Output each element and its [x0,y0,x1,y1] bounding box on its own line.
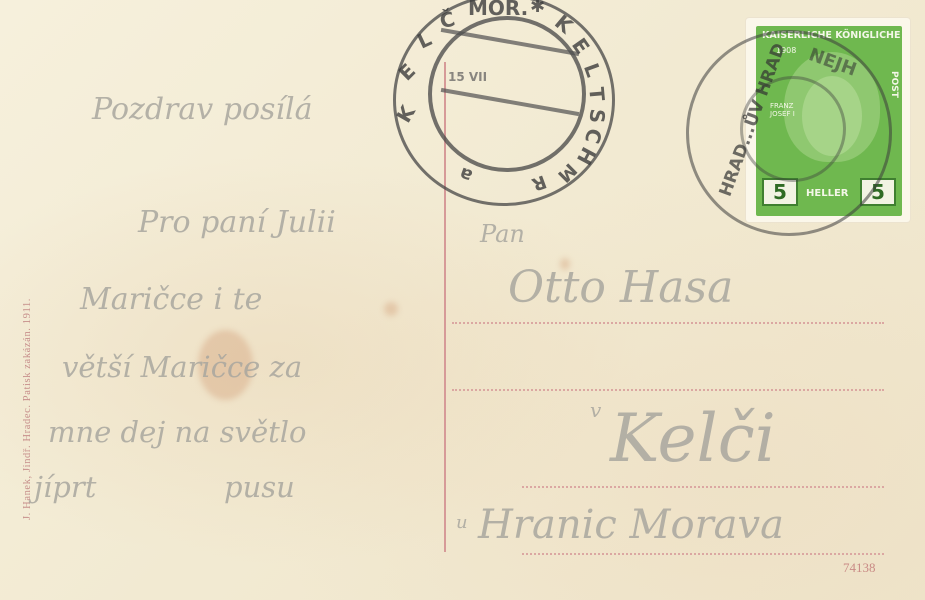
postmark-letter: S [585,108,610,124]
serial-number: 74138 [843,560,876,576]
postmark-letter: T [584,86,609,102]
postmark-date: 15 VII [448,70,487,84]
address-prefix: Pan [480,220,525,248]
message-line: pusu [224,470,295,504]
address-line-2 [452,389,884,391]
recipient-town: Kelči [610,400,776,477]
stain [384,302,398,316]
postmark-letter: MOR. [468,0,528,20]
message-line: Pro paní Julii [138,205,336,240]
address-line-1 [452,322,884,324]
message-line: mne dej na světlo [48,415,307,449]
message-line: větší Maričce za [62,350,302,384]
message-line: Maričce i te [80,282,262,317]
recipient-name: Otto Hasa [508,262,733,313]
publisher-imprint: J. Hanek, Jindř. Hradec. Patisk zakázán.… [22,298,33,520]
postcard: J. Hanek, Jindř. Hradec. Patisk zakázán.… [0,0,925,600]
postmark-letter: ✱ [530,0,545,17]
recipient-region: Hranic Morava [478,502,784,548]
message-line: Pozdrav posílá [92,92,313,127]
address-region-prefix: u [456,512,468,533]
message-line: jíprt [34,470,96,504]
address-line-4 [522,553,884,555]
address-line-3 [522,486,884,488]
address-place-prefix: v [590,398,601,422]
